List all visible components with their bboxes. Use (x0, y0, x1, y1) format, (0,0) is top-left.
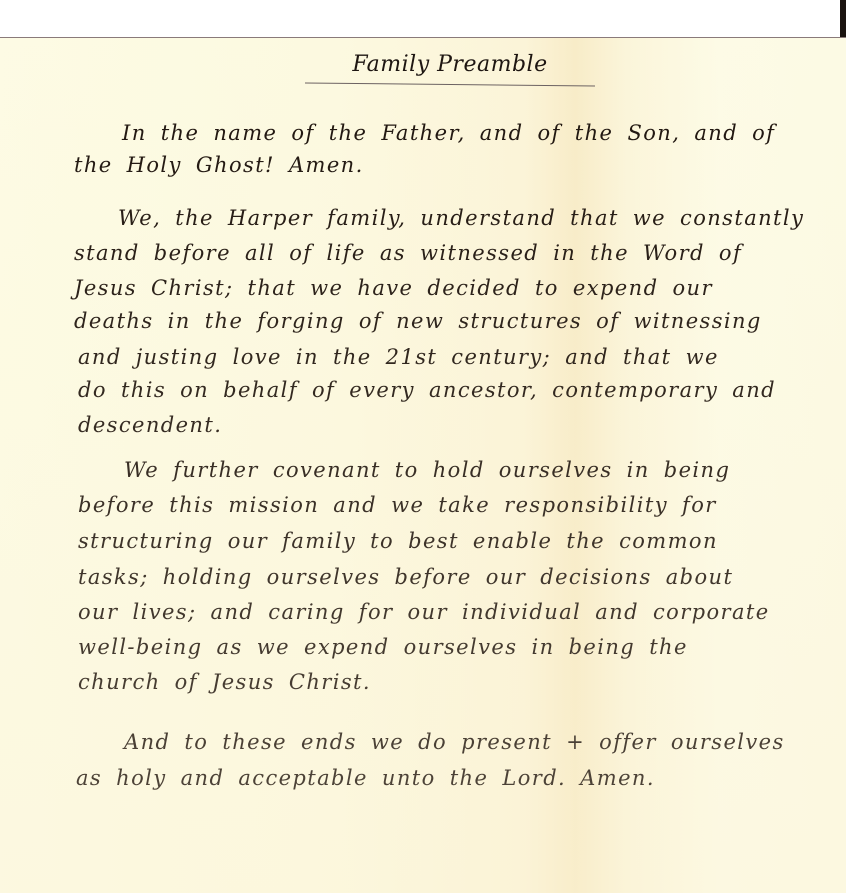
text-line: stand before all of life as witnessed in… (74, 241, 742, 265)
document-title: Family Preamble (300, 52, 600, 77)
title-underline (305, 82, 595, 86)
text-line: descendent. (78, 413, 222, 437)
text-line: tasks; holding ourselves before our deci… (78, 565, 733, 589)
text-line: structuring our family to best enable th… (78, 529, 718, 553)
scanned-page: Family Preamble In the name of the Fathe… (0, 0, 846, 893)
text-line: church of Jesus Christ. (78, 670, 371, 694)
paper-sheet: Family Preamble In the name of the Fathe… (0, 37, 846, 893)
scan-edge (840, 0, 846, 42)
text-line: do this on behalf of every ancestor, con… (78, 378, 776, 402)
text-line: We further covenant to hold ourselves in… (124, 458, 730, 482)
text-line: well-being as we expend ourselves in bei… (78, 635, 688, 659)
text-line: In the name of the Father, and of the So… (122, 121, 775, 145)
text-line: and justing love in the 21st century; an… (78, 345, 719, 369)
text-line: our lives; and caring for our individual… (78, 600, 770, 624)
text-line: before this mission and we take responsi… (78, 493, 717, 517)
text-line: deaths in the forging of new structures … (74, 309, 762, 333)
text-line: And to these ends we do present + offer … (124, 730, 785, 754)
text-line: the Holy Ghost! Amen. (74, 153, 364, 177)
text-line: Jesus Christ; that we have decided to ex… (74, 276, 713, 300)
text-line: as holy and acceptable unto the Lord. Am… (76, 766, 655, 790)
text-line: We, the Harper family, understand that w… (118, 206, 804, 230)
